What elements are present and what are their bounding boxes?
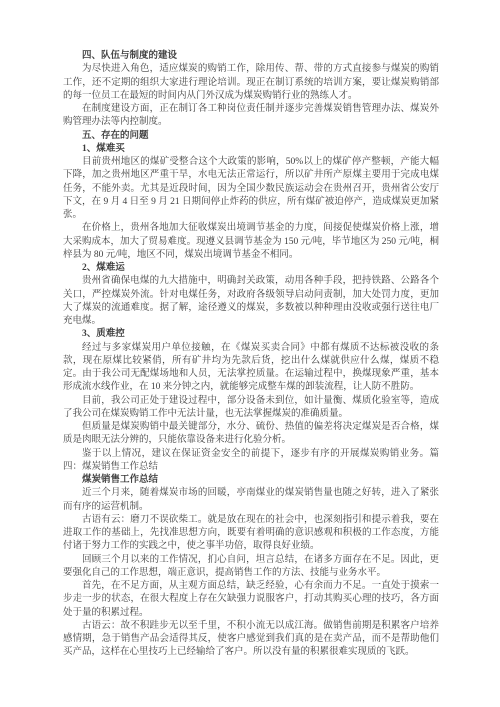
- sub-heading: 3、质难控: [63, 328, 439, 341]
- paragraph: 古语有云：磨刀不误砍柴工。就是放在现在的社会中，也深刻指引和提示着我，要在进取工…: [63, 514, 439, 554]
- paragraph: 首先，在不足方面，从主观方面总结，缺乏经验，心有余而力不足。一直处于摸索一步走一…: [63, 580, 439, 620]
- document-page: 四、队伍与制度的建设 为尽快进入角色，适应煤炭的购销工作，除用传、帮、带的方式直…: [0, 0, 500, 707]
- paragraph: 近三个月来，随着煤炭市场的回暖，亭南煤业的煤炭销售量也随之好转，进入了紧张而有序…: [63, 487, 439, 514]
- paragraph: 回顾三个月以来的工作情况，扪心自问，坦言总结，在诸多方面存在不足。因此，更要强化…: [63, 554, 439, 581]
- paragraph: 在制度建设方面，正在制订各工种岗位责任制并逐步完善煤炭销售管理办法、煤炭外购管理…: [63, 103, 439, 130]
- paragraph: 但质量是煤炭购销中最关键部分，水分、硫份、热值的偏差将决定煤炭是否合格，煤质是肉…: [63, 421, 439, 448]
- paragraph: 为尽快进入角色，适应煤炭的购销工作，除用传、帮、带的方式直接参与煤炭的购销工作，…: [63, 63, 439, 103]
- section-heading: 煤炭销售工作总结: [63, 474, 439, 487]
- paragraph: 贵州省确保电煤的九大措施中，明确封关政策，动用各种手段，把持铁路、公路各个关口，…: [63, 275, 439, 328]
- paragraph: 目前，我公司正处于建设过程中，部分设备未到位，如计量衡、煤质化验室等，造成了我公…: [63, 395, 439, 422]
- section-heading: 五、存在的问题: [63, 130, 439, 143]
- document-text-block: 四、队伍与制度的建设 为尽快进入角色，适应煤炭的购销工作，除用传、帮、带的方式直…: [63, 50, 439, 660]
- paragraph: 目前贵州地区的煤矿受整合这个大政策的影响，50%以上的煤矿停产整顿，产能大幅下降…: [63, 156, 439, 222]
- sub-heading: 1、煤难买: [63, 143, 439, 156]
- section-heading: 四、队伍与制度的建设: [63, 50, 439, 63]
- paragraph: 在价格上，贵州各地加大征收煤炭出境调节基金的力度，间接促使煤炭价格上涨，增大采购…: [63, 222, 439, 262]
- sub-heading: 2、煤难运: [63, 262, 439, 275]
- paragraph: 古语云：故不积跬步无以至千里，不积小流无以成江海。做销售前期是积累客户培养感情期…: [63, 620, 439, 660]
- paragraph: 鉴于以上情况，建议在保证资金安全的前提下，逐步有序的开展煤炭购销业务。篇四：煤炭…: [63, 448, 439, 475]
- paragraph: 经过与多家煤炭用户单位接触，在《煤炭买卖合同》中都有煤质不达标被没收的条款，现在…: [63, 342, 439, 395]
